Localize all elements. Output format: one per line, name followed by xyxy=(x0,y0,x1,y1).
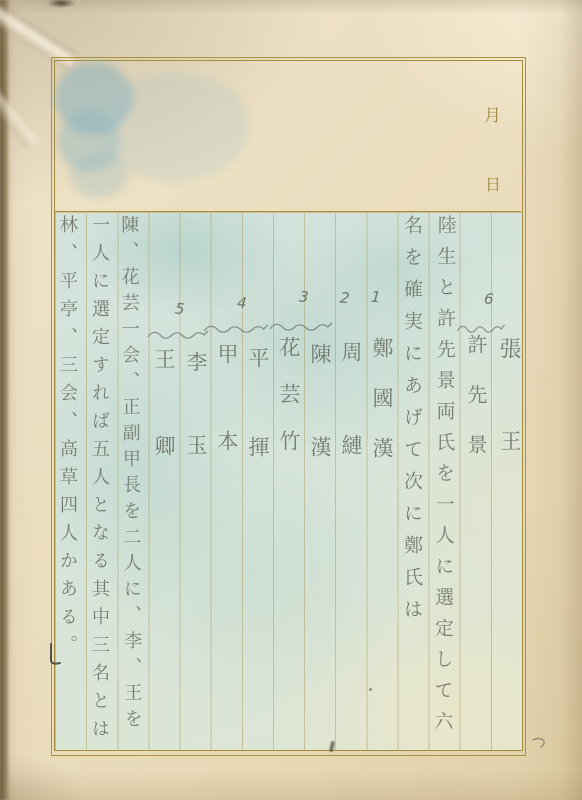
handwritten-column-name: 鄭國漢 xyxy=(371,337,392,487)
entry-number-2: 2 xyxy=(339,291,350,307)
handwritten-column-name: 周縺 xyxy=(340,341,361,527)
entry-number-3: 3 xyxy=(298,290,309,306)
manuscript-page: 月 日 6 1 2 3 4 5 張 王 許先景 陸生と許先景両氏を一人に選定して… xyxy=(0,0,582,800)
handwritten-column-name: 甲本 xyxy=(216,343,237,517)
top-edge-binding-mark xyxy=(46,0,76,8)
margin-squiggle xyxy=(531,736,547,750)
name-group-bracket-4 xyxy=(202,323,270,335)
name-group-bracket-5 xyxy=(146,329,210,341)
name-group-bracket-3 xyxy=(268,321,334,333)
header-divider xyxy=(55,211,521,212)
handwritten-column-sentence: 林、平亭、三会、高草四人かある。 xyxy=(58,215,76,663)
handwritten-column-name: 李玉 xyxy=(185,351,206,517)
check-mark xyxy=(47,642,63,668)
blue-stain xyxy=(70,152,128,198)
month-label: 月 xyxy=(484,108,501,125)
entry-number-5: 5 xyxy=(174,302,185,318)
handwritten-column-sentence: 陸生と許先景両氏を一人に選定して六 xyxy=(432,215,455,742)
handwritten-column-sentence: 名を確実にあげて次に鄭氏は xyxy=(402,215,421,631)
entry-number-6: 6 xyxy=(483,292,494,308)
handwritten-column-name: 陳漢 xyxy=(309,343,330,529)
handwritten-column-sentence: 一人に選定すれば五人となる其中三名とは xyxy=(90,215,108,747)
handwritten-name-zhang: 張 xyxy=(497,337,520,369)
pencil-dot xyxy=(369,688,372,691)
day-label: 日 xyxy=(485,177,501,193)
handwritten-name-wang: 王 xyxy=(499,430,520,461)
handwritten-column-name: 花芸竹 xyxy=(278,336,299,477)
handwritten-column-name: 王卿 xyxy=(153,348,174,522)
handwritten-column-sentence: 陳、花芸一会、正副甲長を二人に、李、王を xyxy=(119,215,141,735)
handwritten-column-name: 許先景 xyxy=(466,334,486,484)
entry-number-4: 4 xyxy=(236,296,247,312)
entry-number-1: 1 xyxy=(370,290,381,306)
handwritten-column-name: 平揮 xyxy=(247,347,268,525)
